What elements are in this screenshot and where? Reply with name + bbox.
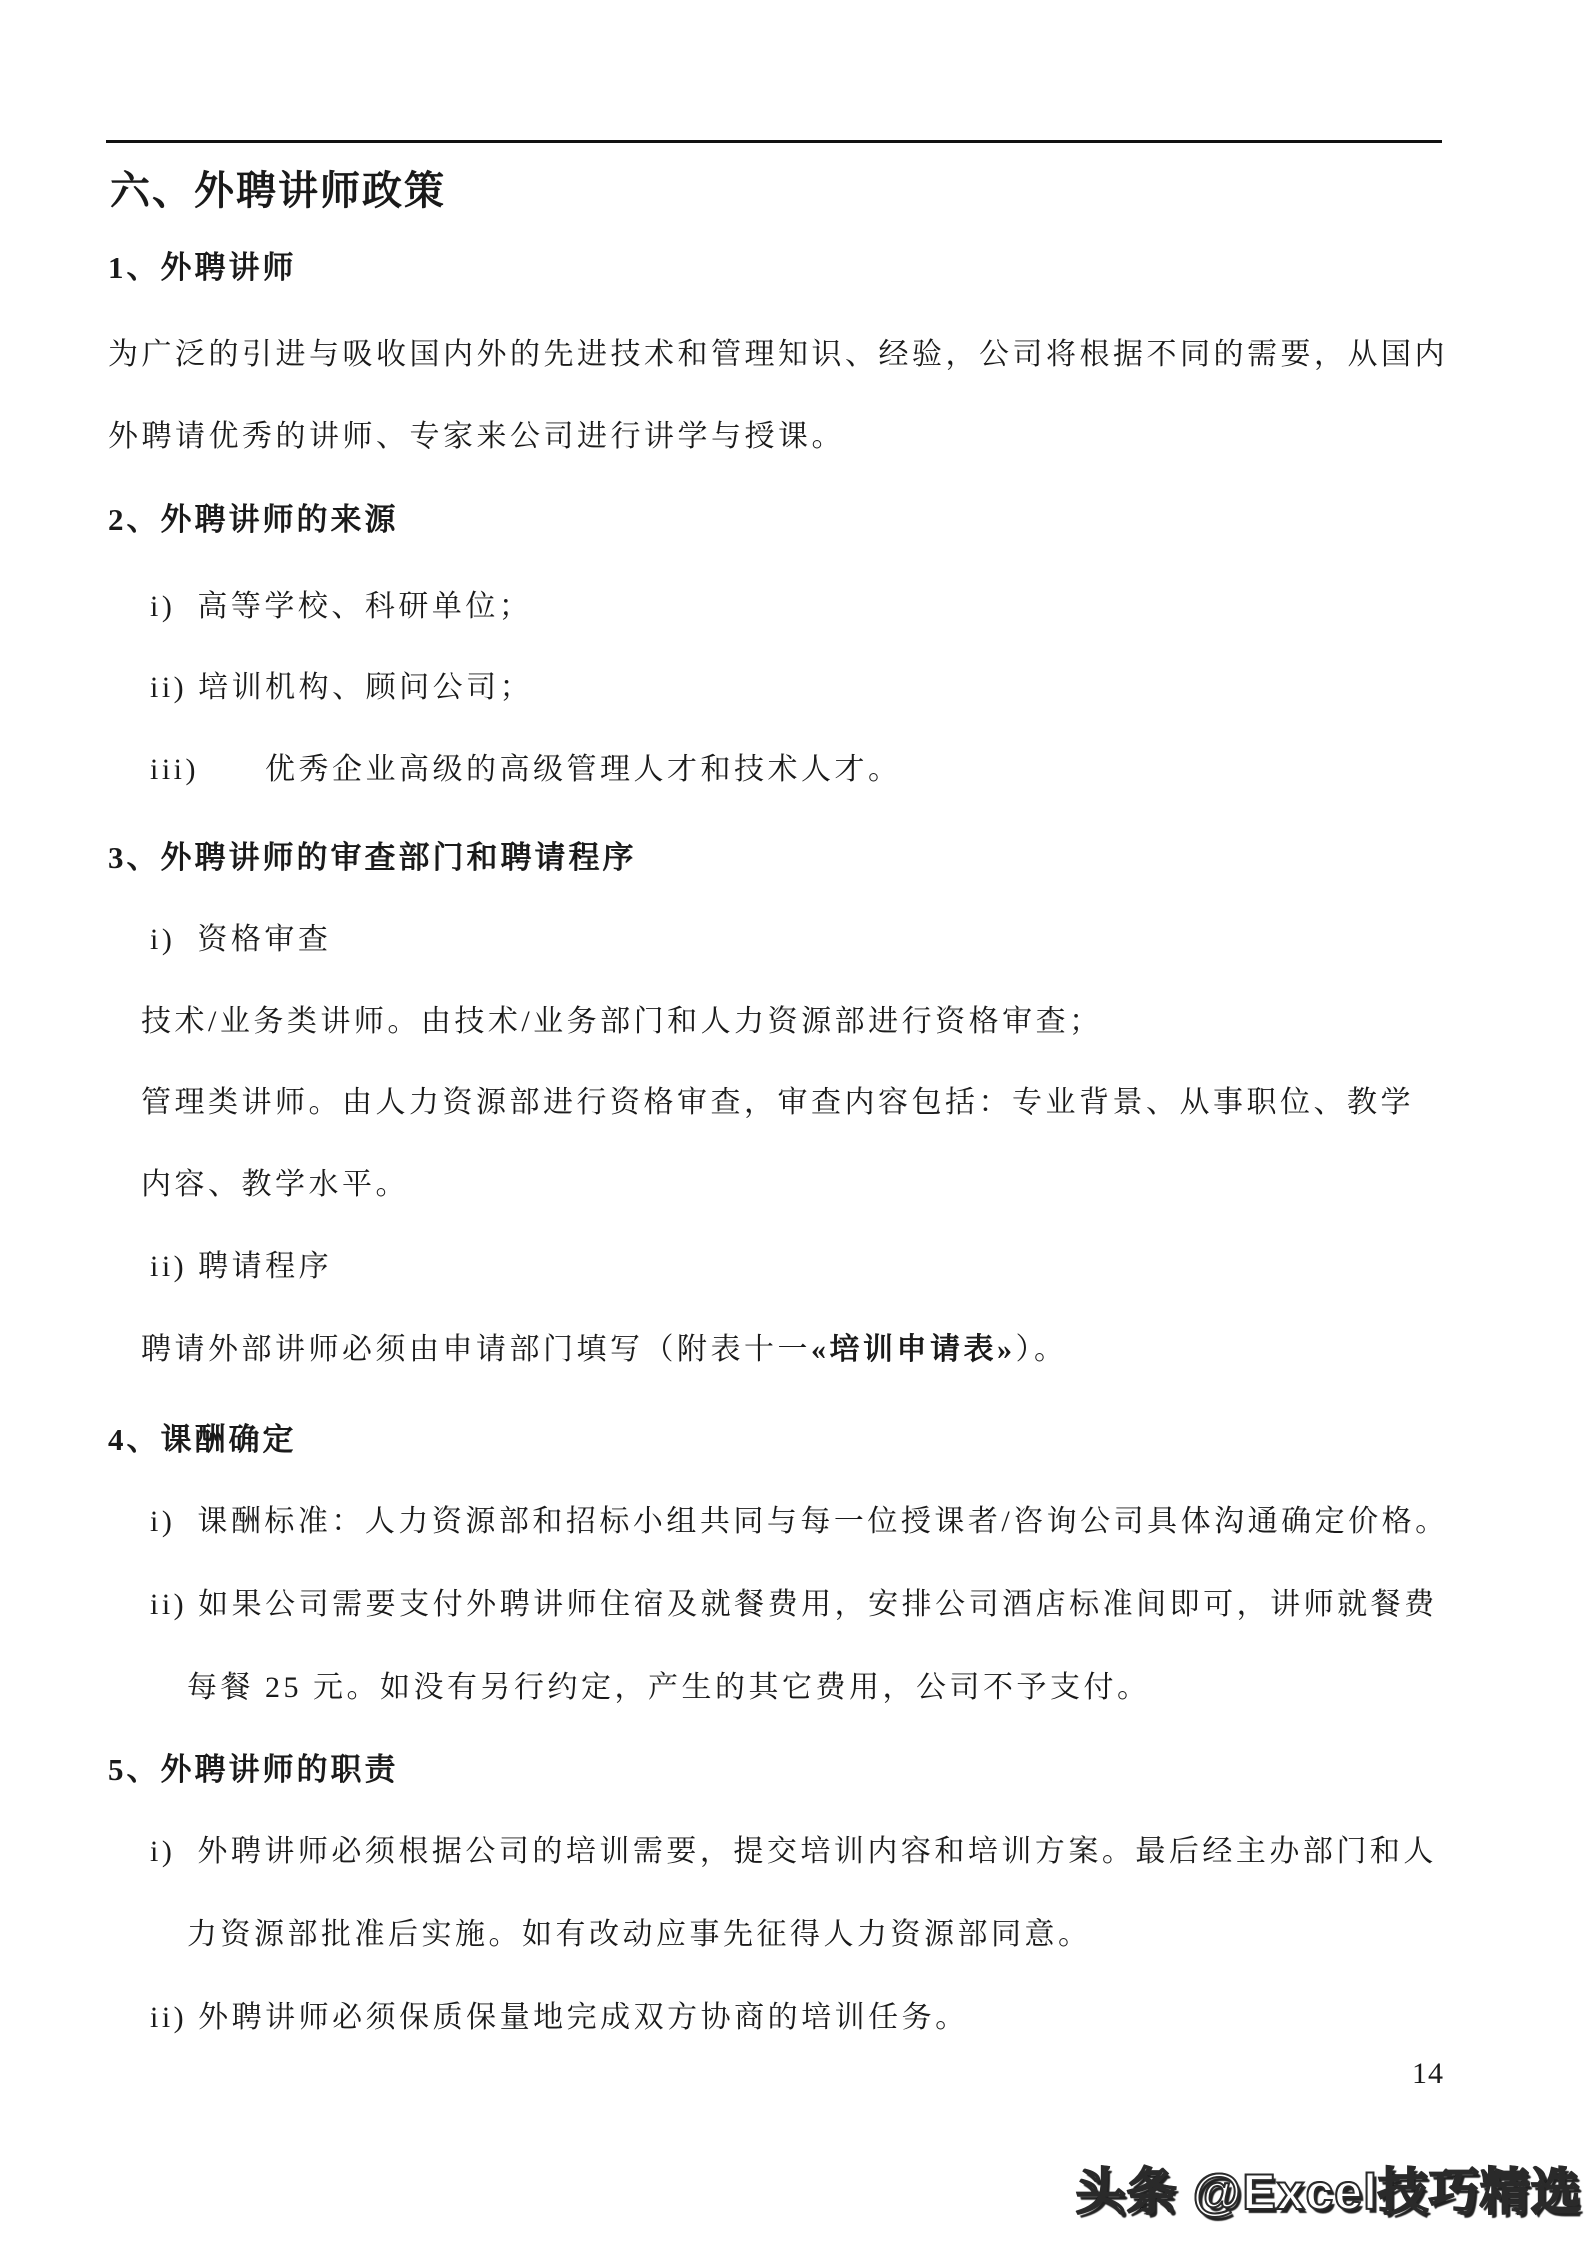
- section-3-list-item-1: i) 资格审查: [150, 918, 331, 962]
- section-5-list-item-1-line-2: 力资源部批准后实施。如有改动应事先征得人力资源部同意。: [187, 1913, 1092, 1957]
- document-page: 六、外聘讲师政策 1、外聘讲师 为广泛的引进与吸收国内外的先进技术和管理知识、经…: [0, 0, 1587, 2245]
- section-3-list-item-2: ii) 聘请程序: [150, 1245, 332, 1289]
- page-number: 14: [1412, 2052, 1444, 2096]
- section-2-list-item-3: iii) 优秀企业高级的高级管理人才和技术人才。: [150, 748, 902, 792]
- section-5-heading: 5、外聘讲师的职责: [108, 1748, 399, 1792]
- section-3-heading: 3、外聘讲师的审查部门和聘请程序: [108, 836, 637, 880]
- section-2-list-item-2: ii) 培训机构、顾问公司；: [150, 666, 533, 710]
- section-5-list-item-1-line-1: i) 外聘讲师必须根据公司的培训需要，提交培训内容和培训方案。最后经主办部门和人: [150, 1830, 1437, 1874]
- section-4-list-item-2-line-2: 每餐 25 元。如没有另行约定，产生的其它费用，公司不予支付。: [187, 1666, 1151, 1710]
- toutiao-watermark: 头条 @Excel技巧精选: [1076, 2152, 1582, 2224]
- section-4-heading: 4、课酬确定: [108, 1418, 297, 1462]
- section-4-list-item-1: i) 课酬标准：人力资源部和招标小组共同与每一位授课者/咨询公司具体沟通确定价格…: [150, 1500, 1449, 1544]
- section-3-paragraph-2: 管理类讲师。由人力资源部进行资格审查，审查内容包括：专业背景、从事职位、教学: [141, 1081, 1414, 1125]
- section-3-paragraph-3: 内容、教学水平。: [141, 1163, 409, 1207]
- section-3-paragraph-1: 技术/业务类讲师。由技术/业务部门和人力资源部进行资格审查；: [141, 1000, 1103, 1044]
- section-1-paragraph-line-2: 外聘请优秀的讲师、专家来公司进行讲学与授课。: [108, 415, 845, 459]
- section-1-paragraph-line-1: 为广泛的引进与吸收国内外的先进技术和管理知识、经验，公司将根据不同的需要，从国内: [108, 333, 1448, 377]
- training-request-form-reference: «培训申请表»: [811, 1333, 1016, 1366]
- paragraph-4-prefix: 聘请外部讲师必须由申请部门填写（附表十一: [141, 1333, 811, 1366]
- section-4-list-item-2-line-1: ii) 如果公司需要支付外聘讲师住宿及就餐费用，安排公司酒店标准间即可，讲师就餐…: [150, 1583, 1438, 1627]
- section-1-heading: 1、外聘讲师: [108, 246, 297, 290]
- page-title: 六、外聘讲师政策: [110, 166, 446, 216]
- paragraph-4-suffix: ）。: [1016, 1333, 1068, 1366]
- section-3-paragraph-4: 聘请外部讲师必须由申请部门填写（附表十一«培训申请表»）。: [141, 1328, 1068, 1372]
- header-rule: [106, 140, 1442, 143]
- section-5-list-item-2: ii) 外聘讲师必须保质保量地完成双方协商的培训任务。: [150, 1996, 969, 2040]
- section-2-heading: 2、外聘讲师的来源: [108, 498, 399, 542]
- section-2-list-item-1: i) 高等学校、科研单位；: [150, 585, 532, 629]
